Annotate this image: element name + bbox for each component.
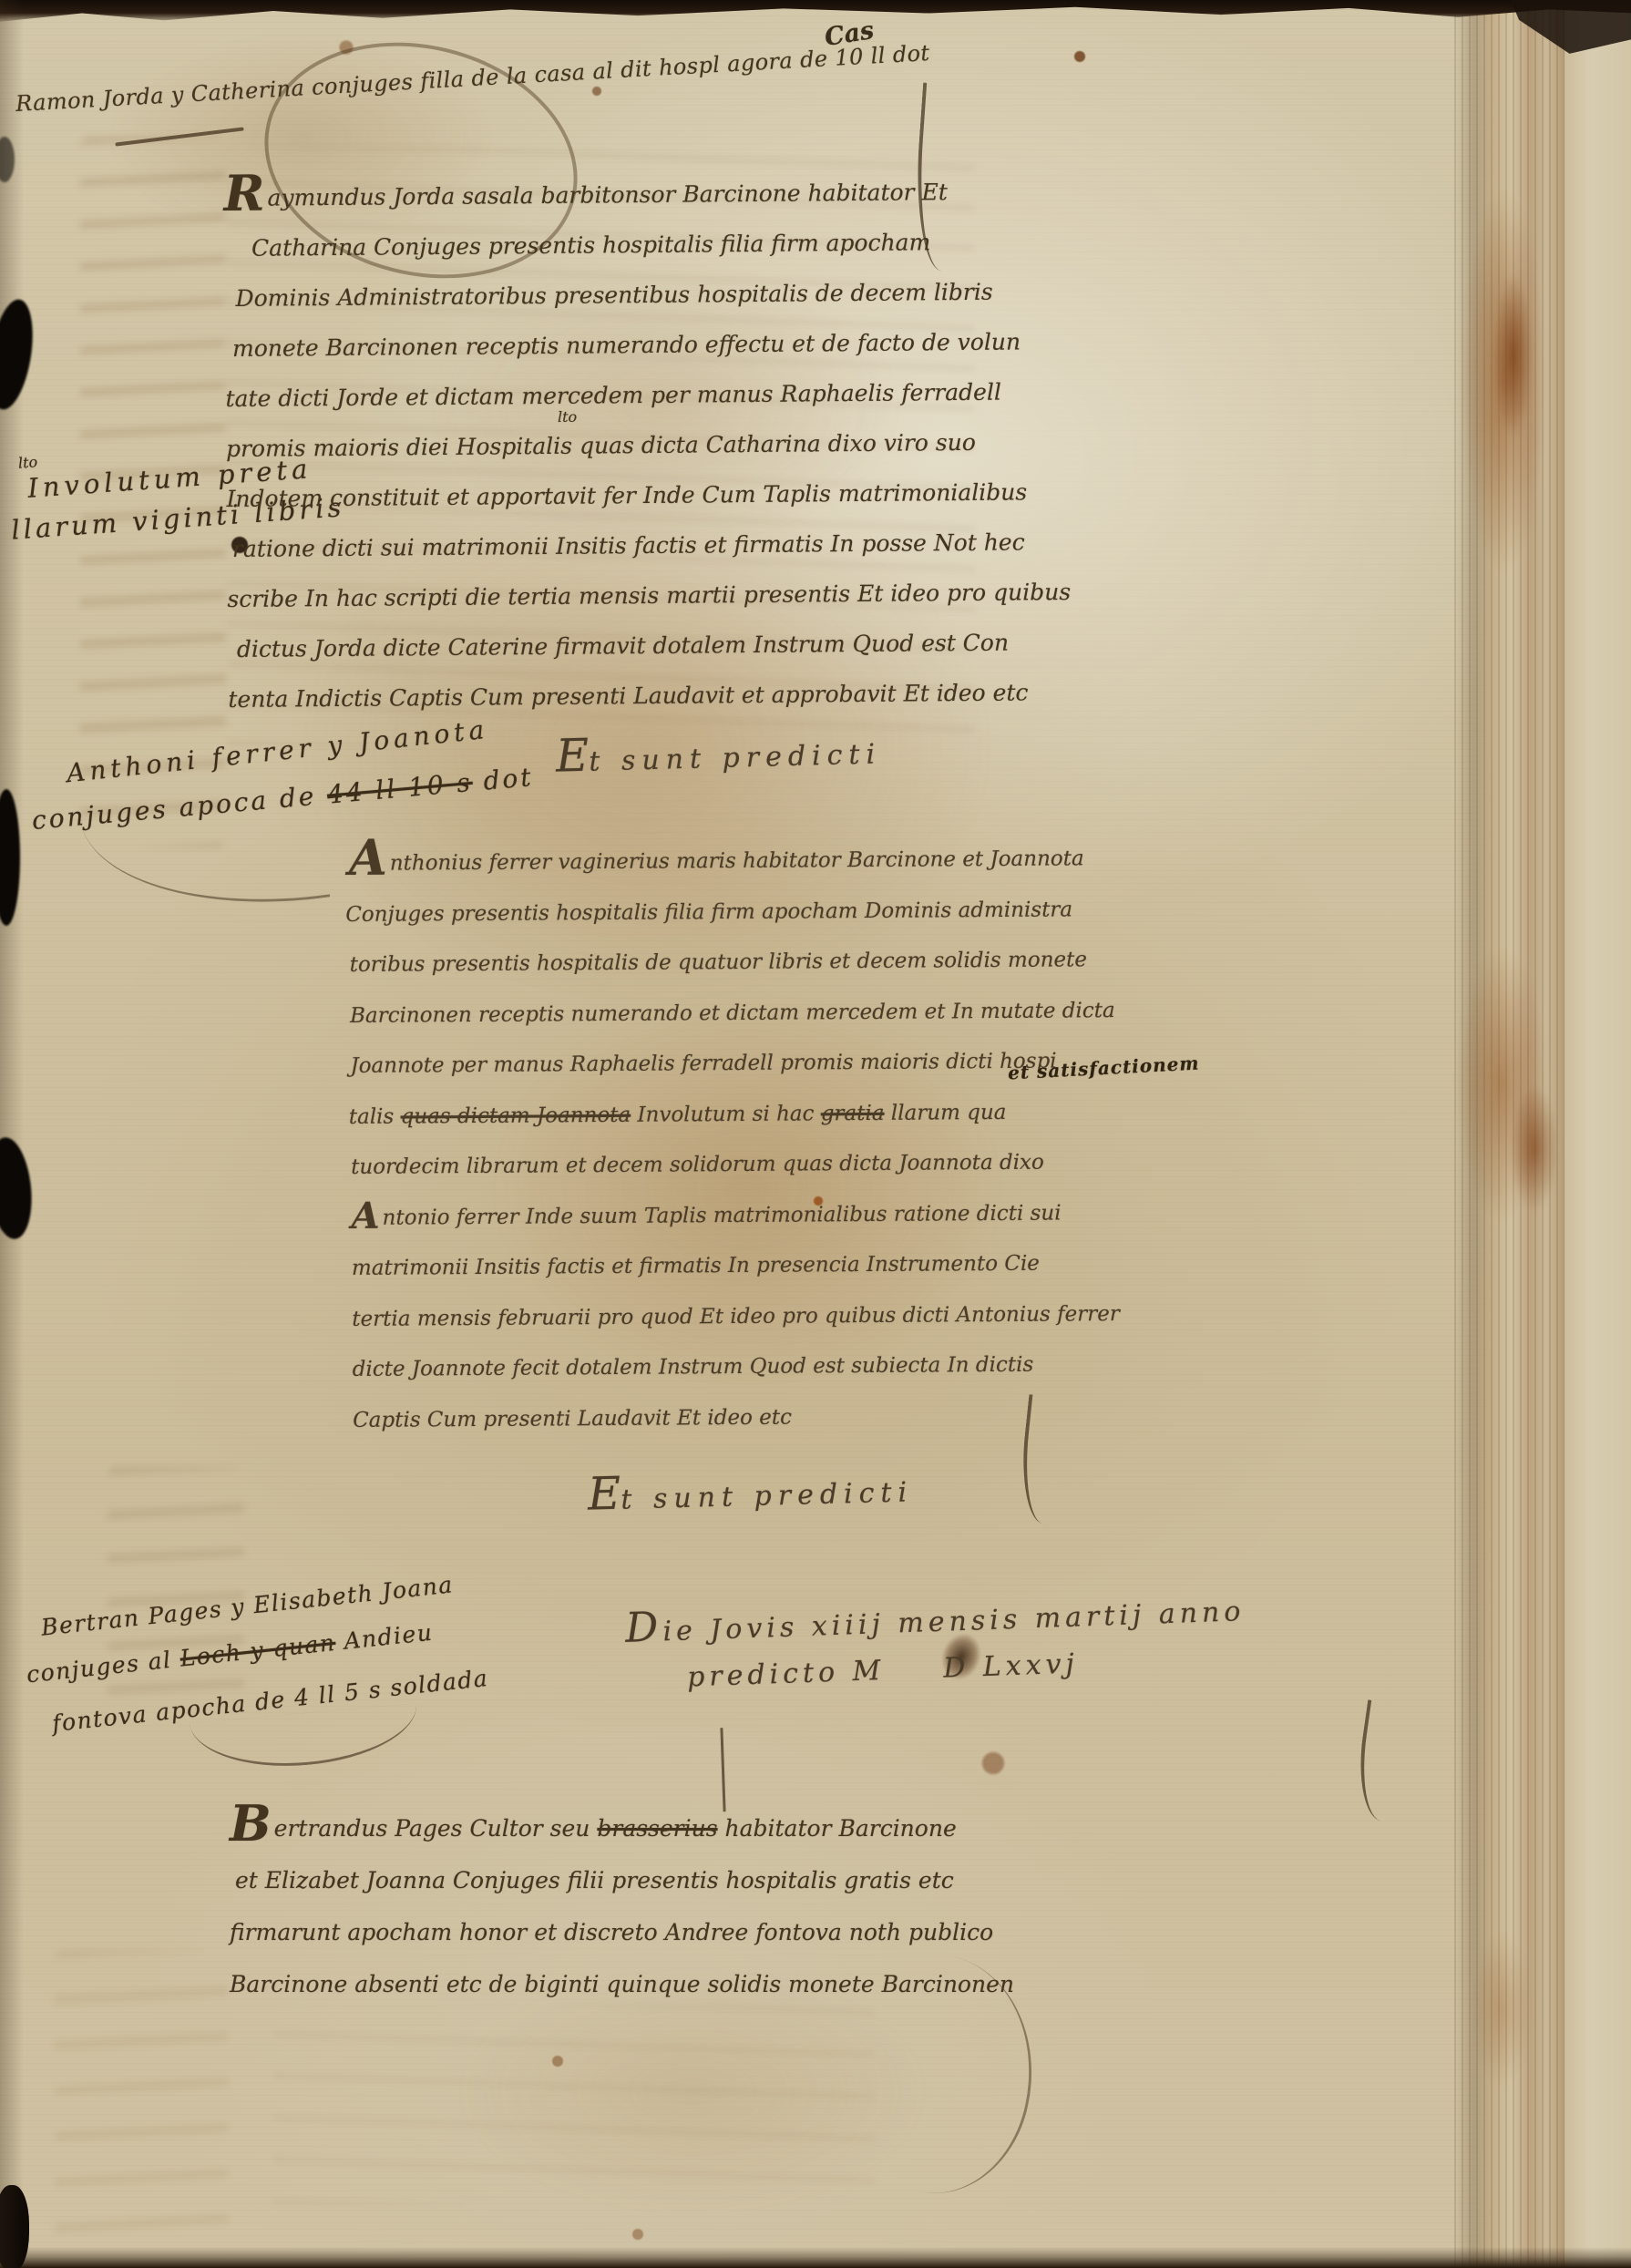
body-line: Catharina Conjuges presentis hospitalis …	[251, 216, 1068, 273]
body-line: scribe In hac scripti die tertia mensis …	[227, 567, 1071, 624]
body-line: Conjuges presentis hospitalis filia firm…	[345, 885, 1117, 940]
struck-text: gratia	[821, 1101, 885, 1124]
body-line-text: ertrandus Pages Cultor seu	[274, 1815, 598, 1842]
body-line: matrimonii Insitis factis et firmatis In…	[352, 1238, 1120, 1294]
entry2-body: Anthonius ferrer vaginerius maris habita…	[349, 834, 1121, 1446]
body-line: Barcinonen receptis numerando et dictam …	[350, 986, 1118, 1042]
body-line: Dominis Administratoribus presentibus ho…	[235, 266, 1068, 323]
body-line: tenta Indictis Captis Cum presenti Lauda…	[228, 667, 1072, 724]
body-line-text: talis	[349, 1104, 401, 1128]
body-line-text: Involutum si hac	[631, 1102, 821, 1126]
rust-stain	[1511, 1084, 1558, 1212]
body-line: tate dicti Jorde et dictam mercedem per …	[225, 366, 1069, 424]
body-line: tertia mensis februarii pro quod Et ideo…	[352, 1289, 1120, 1345]
initial-capital: B	[230, 1794, 272, 1852]
body-line: Anthonius ferrer vaginerius maris habita…	[349, 834, 1117, 889]
body-line: Antonio ferrer Inde suum Taplis matrimon…	[351, 1188, 1119, 1244]
entry2-subheading: Et sunt predicti	[555, 721, 881, 782]
body-line-with-strikethrough: talis quas dictam Joannota Involutum si …	[349, 1087, 1119, 1143]
body-line: Captis Cum presenti Laudavit Et ideo etc	[353, 1391, 1121, 1446]
date-text: D Lxxvj	[943, 1648, 1080, 1685]
body-line: monete Barcinonen receptis numerando eff…	[232, 316, 1069, 374]
body-line-text: nthonius ferrer vaginerius maris habitat…	[390, 847, 1084, 875]
bottom-edge-shadow	[0, 2247, 1631, 2268]
body-line: tuordecim librarum et decem solidorum qu…	[351, 1137, 1119, 1193]
entry1-margin-sign: lto	[17, 453, 37, 471]
struck-text: brasserius	[597, 1815, 717, 1842]
entry1-body: Raymundus Jorda sasala barbitonsor Barci…	[223, 166, 1072, 724]
body-line: et Elizabet Joanna Conjuges filii presen…	[235, 1854, 1014, 1906]
initial-capital: R	[223, 164, 264, 222]
next-page-edge	[1564, 0, 1631, 2268]
entry3-body: Bertrandus Pages Cultor seu brasserius h…	[230, 1802, 1014, 2010]
body-line: dictus Jorda dicte Caterine firmavit dot…	[237, 617, 1072, 674]
manuscript-page: Cas Ramon Jorda y Catherina conjuges fil…	[0, 0, 1631, 2268]
initial-capital: A	[349, 828, 387, 887]
body-line-text: llarum qua	[884, 1100, 1006, 1124]
date-gap	[886, 1678, 944, 1679]
body-line-text: ntonio ferrer Inde suum Taplis matrimoni…	[383, 1201, 1062, 1229]
body-line-text: habitator Barcinone	[718, 1815, 957, 1842]
struck-text: quas dictam Joannota	[401, 1103, 631, 1128]
body-line: Joannote per manus Raphaelis ferradell p…	[350, 1036, 1118, 1092]
initial-capital: A	[351, 1194, 379, 1237]
entry3-subheading: Et sunt predicti	[587, 1459, 913, 1520]
body-line: promis maioris diei Hospitalis quas dict…	[226, 416, 1070, 474]
body-line-text: aymundus Jorda sasala barbitonsor Barcin…	[267, 179, 948, 211]
body-line: Indotem constituit et apportavit fer Ind…	[226, 467, 1070, 524]
body-line: firmarunt apocham honor et discreto Andr…	[230, 1906, 1014, 1958]
rust-stain	[1472, 1932, 1531, 2087]
body-line: ratione dicti sui matrimonii Insitis fac…	[232, 517, 1071, 574]
rust-stain	[1494, 273, 1533, 437]
body-line-with-strikethrough: Bertrandus Pages Cultor seu brasserius h…	[230, 1802, 1014, 1854]
margin-text: dot	[471, 762, 535, 797]
body-line: Raymundus Jorda sasala barbitonsor Barci…	[223, 166, 1067, 223]
body-line: Barcinone absenti etc de biginti quinque…	[230, 1958, 1014, 2010]
body-line: dicte Joannote fecit dotalem Instrum Quo…	[353, 1339, 1121, 1395]
body-line: toribus presentis hospitalis de quatuor …	[349, 935, 1117, 990]
